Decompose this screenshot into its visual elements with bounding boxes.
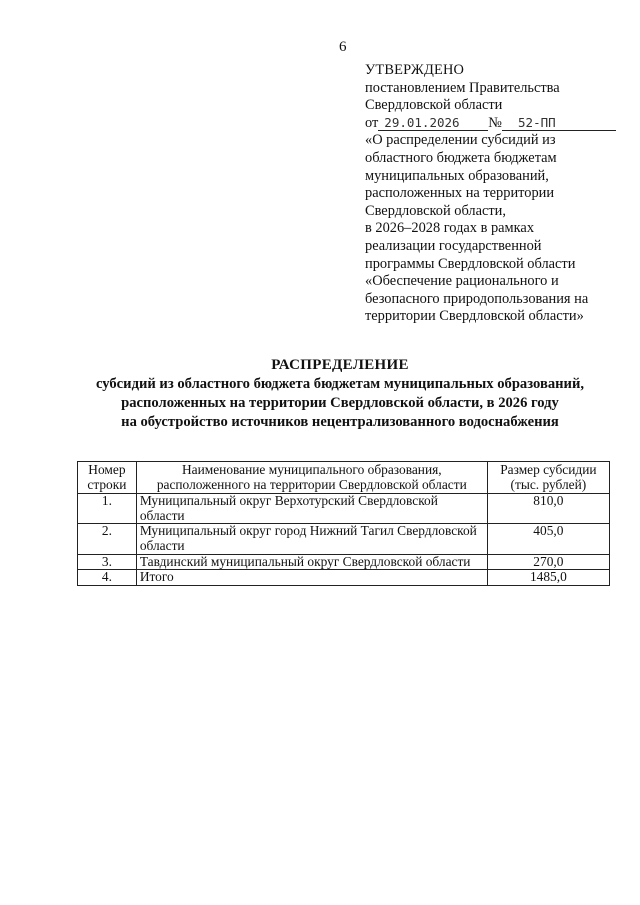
table-row: 2. Муниципальный округ город Нижний Таги… xyxy=(78,524,610,554)
row-number: 1. xyxy=(78,494,137,524)
subsidy-amount: 405,0 xyxy=(487,524,609,554)
decree-title-line: безопасного природопользования на xyxy=(365,291,635,309)
decree-number: 52-ПП xyxy=(502,116,616,131)
table-row: 3. Тавдинский муниципальный округ Свердл… xyxy=(78,554,610,570)
row-number: 3. xyxy=(78,554,137,570)
decree-title-line: расположенных на территории xyxy=(365,185,635,203)
row-number: 4. xyxy=(78,570,137,586)
page-number: 6 xyxy=(339,38,347,56)
header-text: (тыс. рублей) xyxy=(491,478,606,493)
subsidy-amount: 270,0 xyxy=(487,554,609,570)
header-text: строки xyxy=(81,478,133,493)
approval-heading: УТВЕРЖДЕНО xyxy=(365,62,635,80)
header-text: Номер xyxy=(81,463,133,478)
decree-title-line: «О распределении субсидий из xyxy=(365,132,635,150)
document-subtitle-line: на обустройство источников нецентрализов… xyxy=(60,413,620,432)
header-text: Наименование муниципального образования, xyxy=(140,463,484,478)
table-row: 1. Муниципальный округ Верхотурский Свер… xyxy=(78,494,610,524)
decree-title-line: программы Свердловской области xyxy=(365,256,635,274)
municipality-name: Тавдинский муниципальный округ Свердловс… xyxy=(136,554,487,570)
document-subtitle-line: расположенных на территории Свердловской… xyxy=(60,394,620,413)
total-label: Итого xyxy=(136,570,487,586)
document-title-main: РАСПРЕДЕЛЕНИЕ xyxy=(60,356,620,375)
subsidy-amount: 810,0 xyxy=(487,494,609,524)
header-row-number: Номер строки xyxy=(78,462,137,494)
table-row-total: 4. Итого 1485,0 xyxy=(78,570,610,586)
decree-title-line: в 2026–2028 годах в рамках xyxy=(365,220,635,238)
date-prefix: от xyxy=(365,115,378,131)
approval-stamp: УТВЕРЖДЕНО постановлением Правительства … xyxy=(365,62,635,326)
decree-title-line: Свердловской области, xyxy=(365,203,635,221)
table-header-row: Номер строки Наименование муниципального… xyxy=(78,462,610,494)
decree-title-line: муниципальных образований, xyxy=(365,168,635,186)
municipality-name: Муниципальный округ город Нижний Тагил С… xyxy=(136,524,487,554)
decree-title-line: «Обеспечение рационального и xyxy=(365,273,635,291)
distribution-table: Номер строки Наименование муниципального… xyxy=(77,461,610,586)
decree-reference: от29.01.2026№52-ПП xyxy=(365,115,635,133)
document-subtitle-line: субсидий из областного бюджета бюджетам … xyxy=(60,375,620,394)
decree-date: 29.01.2026 xyxy=(378,116,488,131)
header-text: Размер субсидии xyxy=(491,463,606,478)
total-amount: 1485,0 xyxy=(487,570,609,586)
document-title: РАСПРЕДЕЛЕНИЕ субсидий из областного бюд… xyxy=(60,356,620,432)
number-prefix: № xyxy=(488,115,502,131)
decree-title-line: областного бюджета бюджетам xyxy=(365,150,635,168)
decree-title-line: территории Свердловской области» xyxy=(365,308,635,326)
header-municipality-name: Наименование муниципального образования,… xyxy=(136,462,487,494)
approval-line: Свердловской области xyxy=(365,97,635,115)
approval-line: постановлением Правительства xyxy=(365,80,635,98)
decree-title-line: реализации государственной xyxy=(365,238,635,256)
municipality-name: Муниципальный округ Верхотурский Свердло… xyxy=(136,494,487,524)
header-subsidy-amount: Размер субсидии (тыс. рублей) xyxy=(487,462,609,494)
row-number: 2. xyxy=(78,524,137,554)
header-text: расположенного на территории Свердловско… xyxy=(140,478,484,493)
